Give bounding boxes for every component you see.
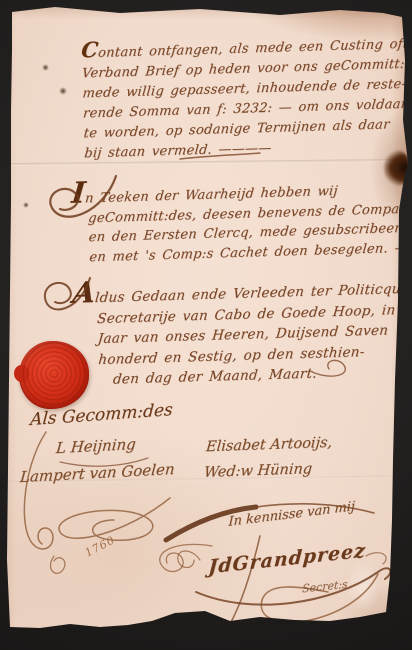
foxing-spot [42,64,49,71]
body-text: Contant ontfangen, als mede een Custing … [69,31,395,391]
signature-secretary: JdGrandpreez [208,540,367,579]
closing-formula: In kennisse van mij [228,499,355,530]
flourish-stroke [24,432,53,549]
manuscript-page: Contant ontfangen, als mede een Custing … [0,0,412,650]
paragraph-receipt: Contant ontfangen, als mede een Custing … [69,31,389,164]
abrasion-mark [346,560,380,612]
flourish-stroke [178,551,200,568]
paragraph-dateline: Aldus Gedaan ende Verleeden ter Politicq… [76,273,395,391]
signature-wed-huning: Wed:w Hüning [203,461,312,481]
signature-artooijs: Elisabet Artooijs, [205,435,332,455]
signature-heijning: L Heijning [55,435,136,457]
paragraph-witnessing: In Teeken der Waarheijd hebben wij geCom… [73,174,391,267]
red-wax-seal [19,341,89,409]
archival-year-note: 1760 [83,533,117,559]
signature-van-goelen: Lampert van Goelen [19,460,175,486]
foxing-spot [59,87,67,95]
flourish-stroke [230,536,260,624]
flourish-stroke [59,498,170,540]
flourish-stroke [51,556,65,573]
flourish-stroke [160,544,212,571]
document-photo: Contant ontfangen, als mede een Custing … [0,0,412,650]
foxing-spot [23,202,29,208]
secretary-title: Secret:s [302,578,348,596]
